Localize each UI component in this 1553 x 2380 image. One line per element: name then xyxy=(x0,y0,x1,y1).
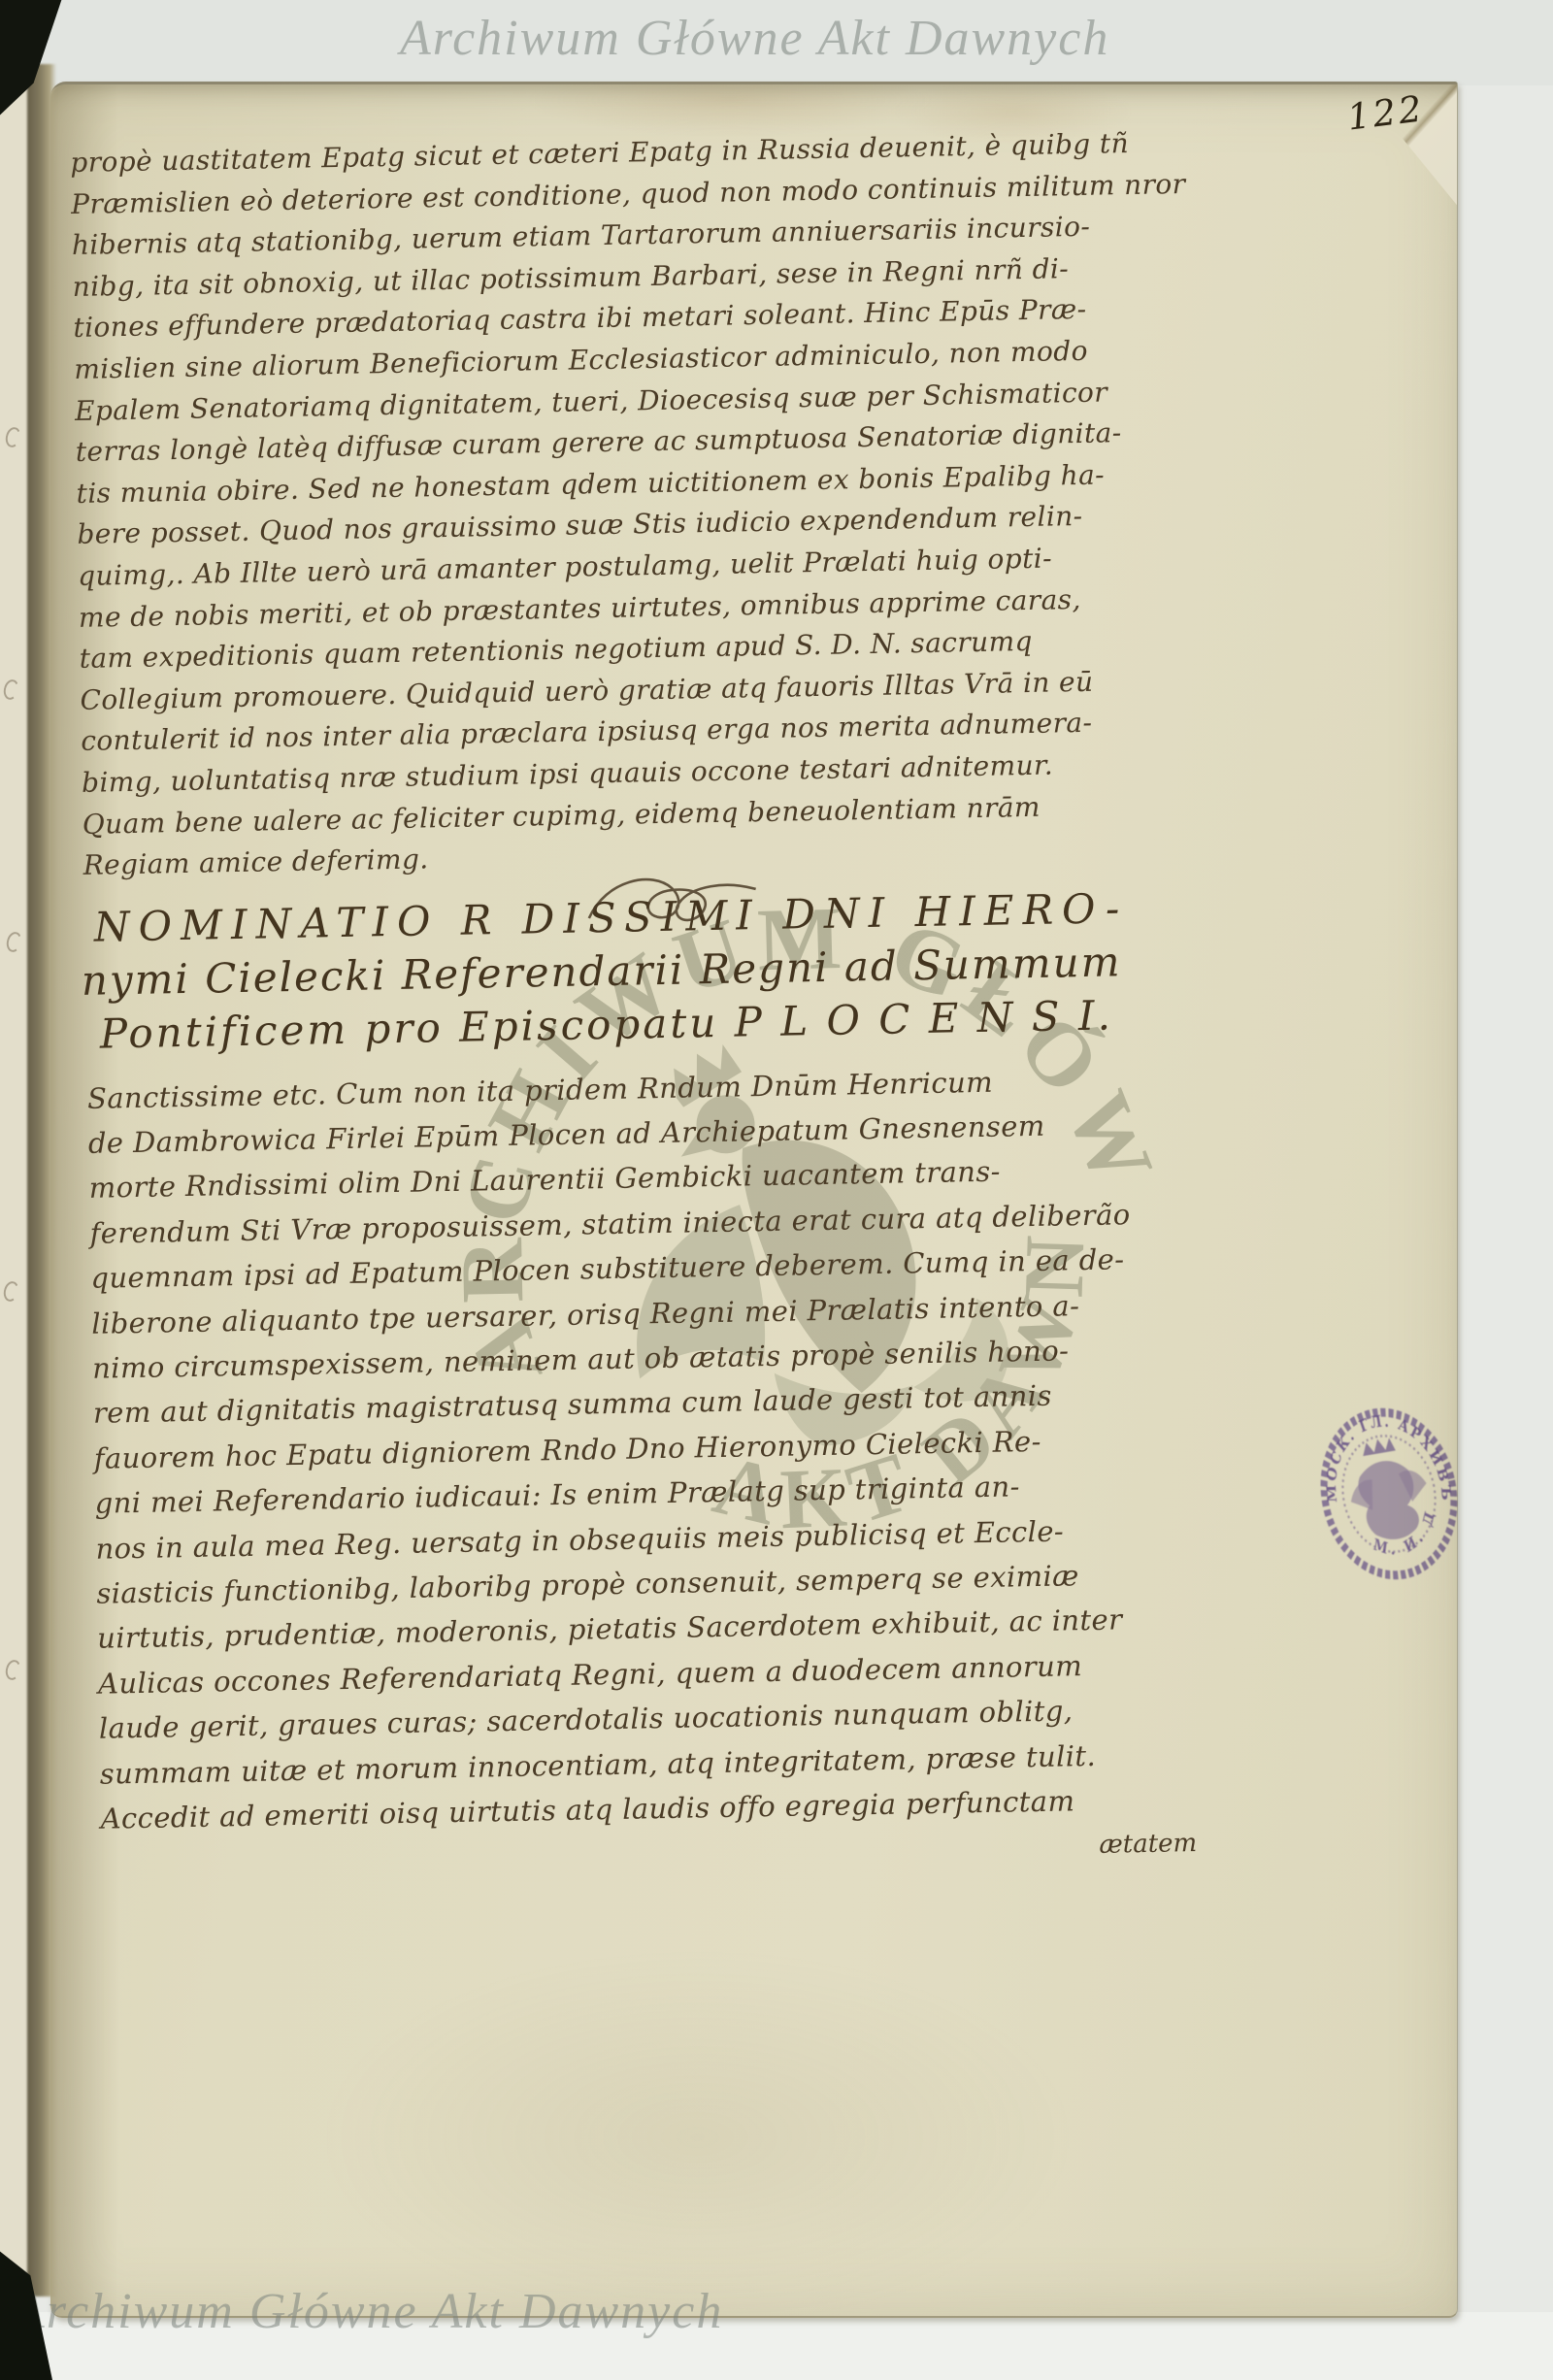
nomination-heading: NOMINATIO R DISSIMI DNI HIERO- nymi Ciel… xyxy=(93,876,1440,1060)
catchword: ætatem xyxy=(1099,1829,1197,1860)
manuscript-text: propè uastitatem Epatg sicut et cæteri E… xyxy=(70,117,1455,1841)
paragraph-1: propè uastitatem Epatg sicut et cæteri E… xyxy=(70,117,1437,886)
agad-top-watermark: Archiwum Główne Akt Dawnych xyxy=(400,10,1109,67)
manuscript-page: ARCHIWUM GŁÓWNE AKT DAWNYCH propè uasti xyxy=(50,82,1458,2318)
book-gutter xyxy=(27,64,56,2297)
archival-scan: ARCHIWUM GŁÓWNE AKT DAWNYCH propè uasti xyxy=(0,0,1553,2380)
moscow-archive-stamp: МОСК. ГЛ. АРХИВЪ М. И. Д. xyxy=(1316,1397,1462,1591)
agad-bottom-watermark: Archiwum Główne Akt Dawnych xyxy=(14,2283,723,2340)
paragraph-2: Sanctissime etc. Cum non ita pridem Rndu… xyxy=(87,1051,1455,1841)
